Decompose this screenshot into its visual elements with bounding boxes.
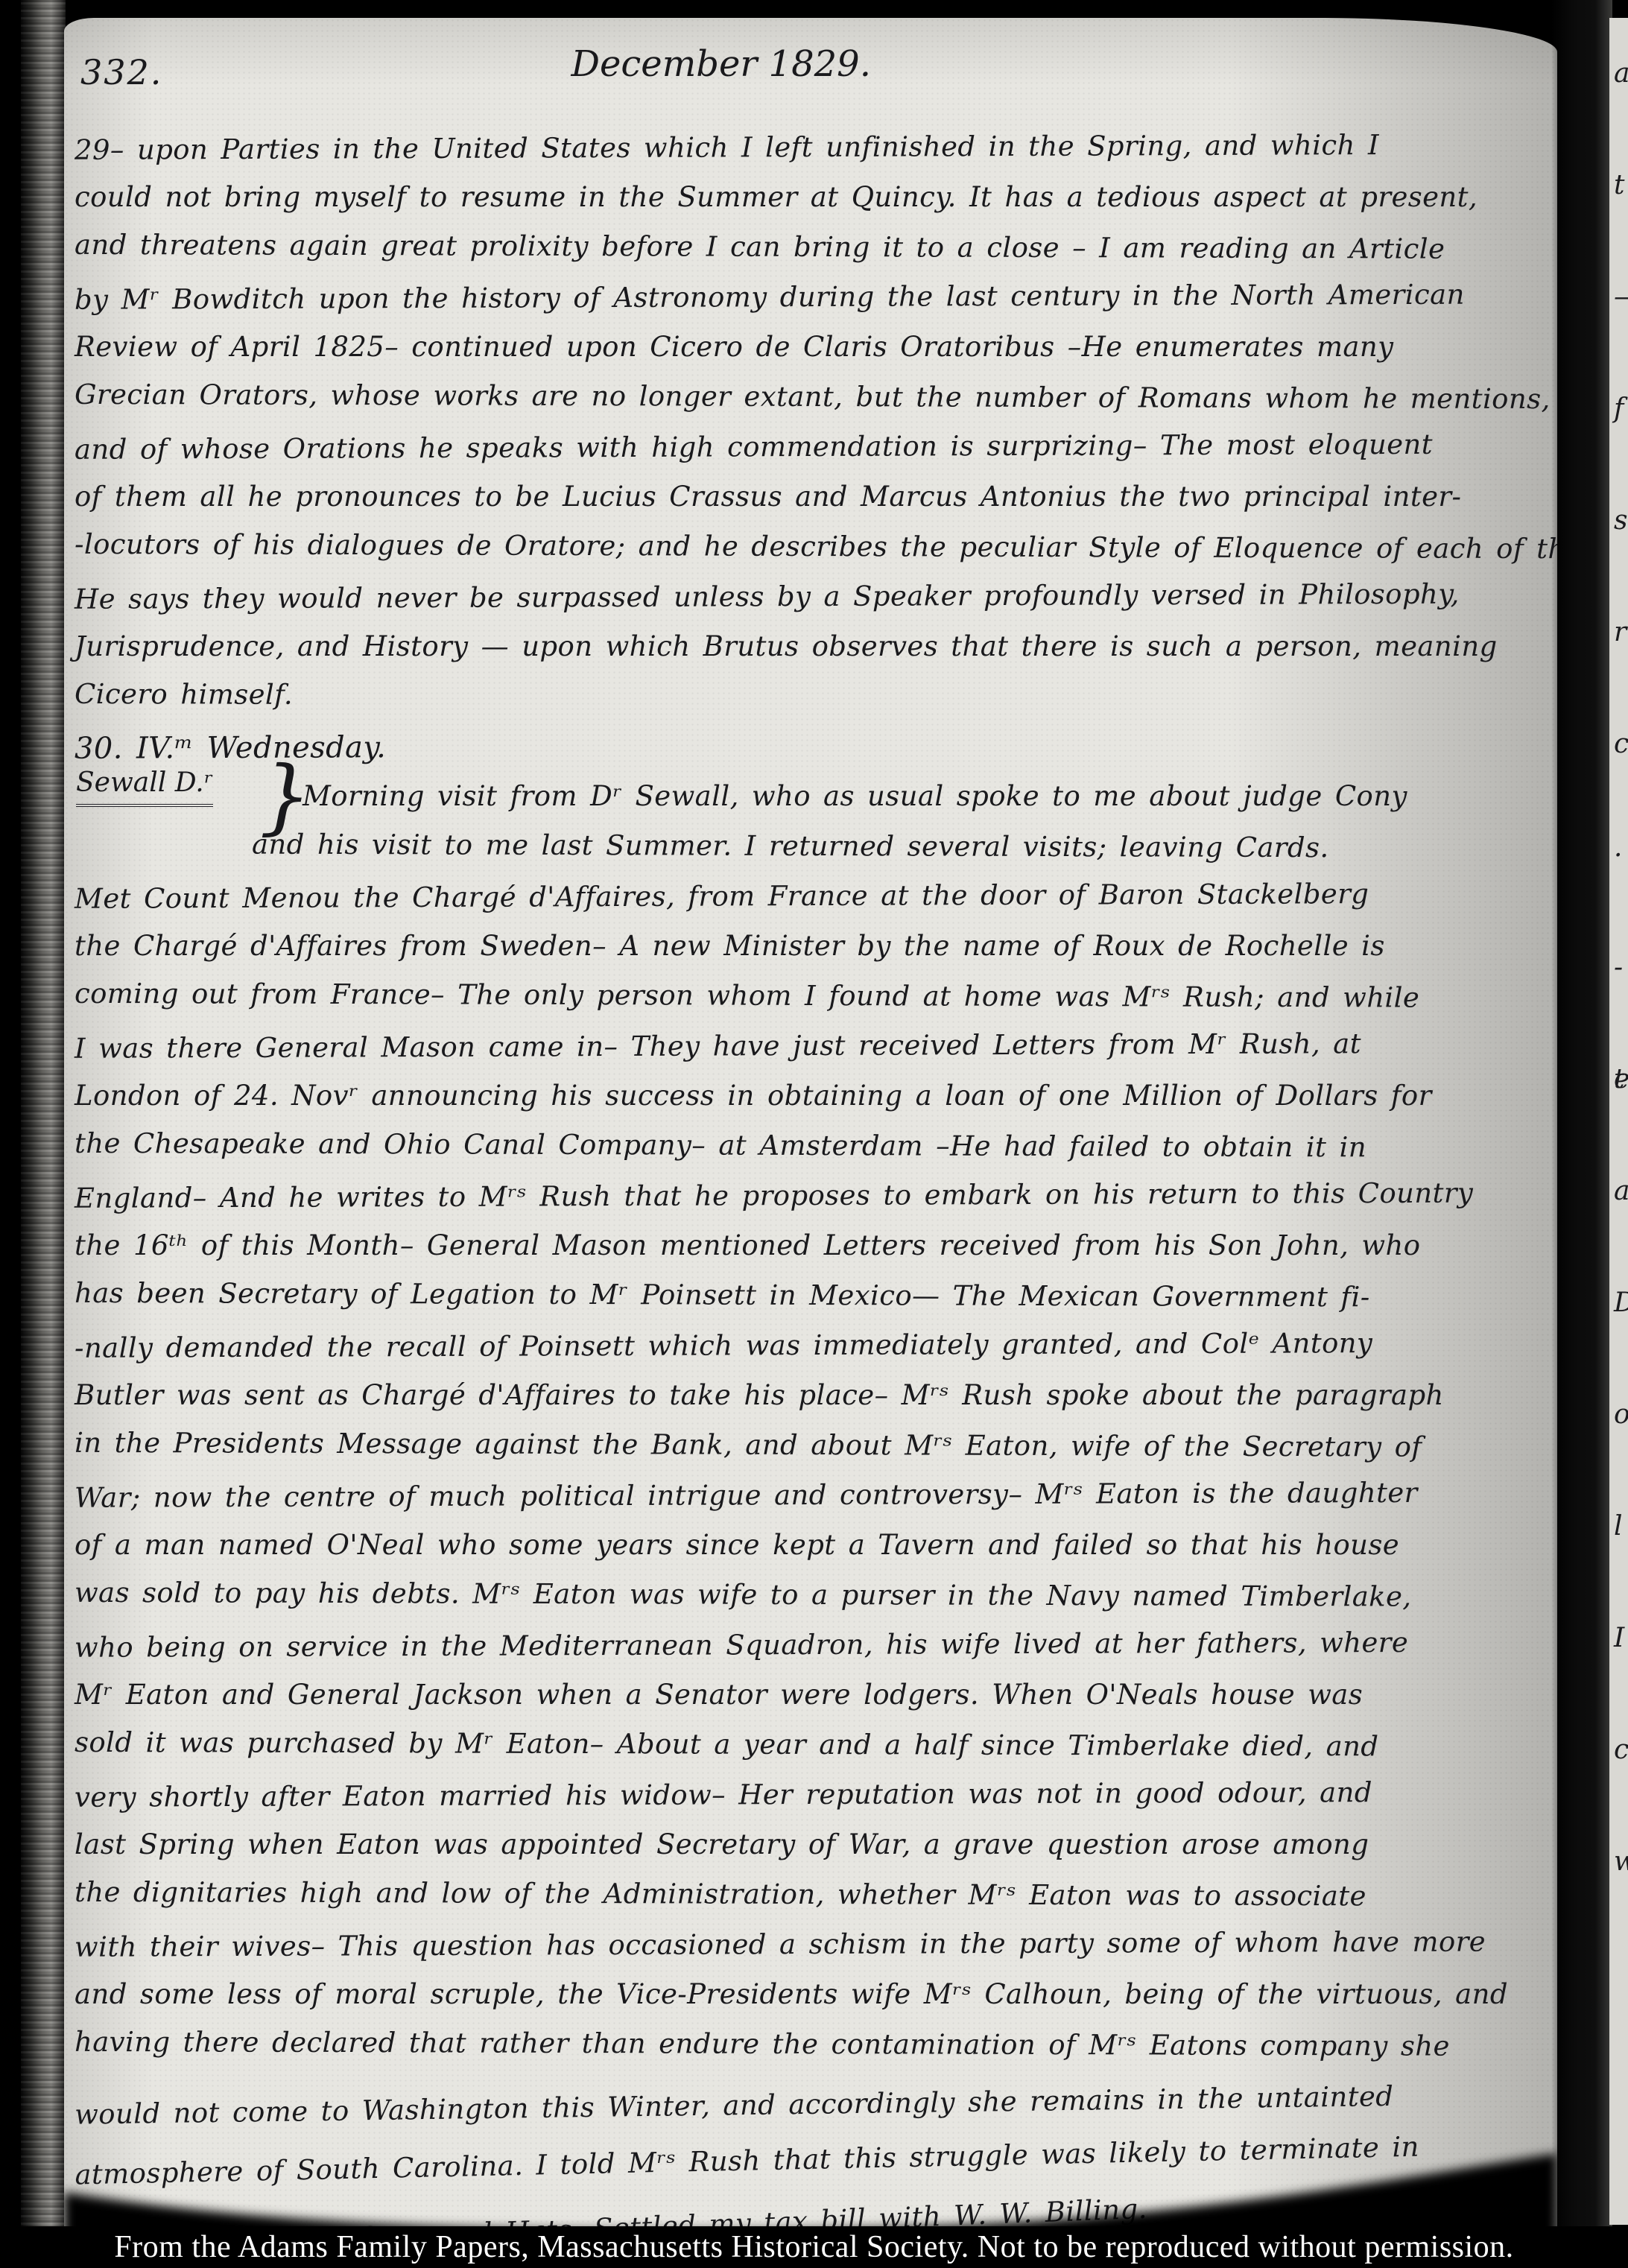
- manuscript-line: -locutors of his dialogues de Oratore; a…: [75, 519, 1550, 574]
- manuscript-line: and of whose Orations he speaks with hig…: [75, 419, 1550, 475]
- manuscript-line: by Mʳ Bowditch upon the history of Astro…: [75, 269, 1550, 325]
- manuscript-page: 332. December 1829. 29– upon Parties in …: [64, 18, 1557, 2243]
- facing-page-text-fragment: I: [1614, 1583, 1628, 1694]
- manuscript-line: sold it was purchased by Mʳ Eaton– About…: [75, 1717, 1550, 1772]
- manuscript-line: last Spring when Eaton was appointed Sec…: [75, 1819, 1550, 1869]
- manuscript-line: Cicero himself.: [75, 669, 1550, 723]
- manuscript-line: has been Secretary of Legation to Mʳ Poi…: [75, 1268, 1550, 1323]
- manuscript-line: Jurisprudence, and History — upon which …: [75, 621, 1550, 671]
- manuscript-line: the dignitaries high and low of the Admi…: [75, 1867, 1550, 1922]
- manuscript-line: coming out from France– The only person …: [75, 969, 1550, 1023]
- manuscript-line: Grecian Orators, whose works are no long…: [75, 370, 1550, 424]
- facing-page-text-fragment: t: [1614, 130, 1628, 241]
- facing-page-text-fragment: ·: [1614, 800, 1628, 912]
- manuscript-scan: 332. December 1829. 29– upon Parties in …: [0, 0, 1628, 2268]
- manuscript-line: was sold to pay his debts. Mʳˢ Eaton was…: [75, 1568, 1550, 1622]
- manuscript-line: England– And he writes to Mʳˢ Rush that …: [75, 1168, 1550, 1223]
- manuscript-line: Mʳ Eaton and General Jackson when a Sena…: [75, 1670, 1550, 1720]
- facing-page-text-fragment: l: [1614, 1471, 1628, 1583]
- page-header-date: December 1829.: [571, 43, 871, 85]
- manuscript-line: and some less of moral scruple, the Vice…: [75, 1969, 1550, 2019]
- manuscript-line: 29– upon Parties in the United States wh…: [75, 119, 1550, 175]
- facing-page-text-fragment: e: [1614, 1024, 1628, 1135]
- page-gutter-shadow: [1551, 0, 1612, 2268]
- manuscript-line: in the Presidents Message against the Ba…: [75, 1418, 1550, 1472]
- manuscript-line: the Chargé d'Affaires from Sweden– A new…: [75, 921, 1550, 971]
- manuscript-line: who being on service in the Mediterranea…: [75, 1617, 1550, 1673]
- facing-page-text-fragment: s: [1614, 465, 1628, 577]
- facing-page-text-fragment: a: [1614, 18, 1628, 130]
- facing-page-text-fragment: a: [1614, 1135, 1628, 1247]
- manuscript-line: and threatens again great prolixity befo…: [75, 220, 1550, 274]
- page-bottom-shadow: [64, 2059, 1557, 2243]
- facing-page-text-fragment: -t: [1614, 912, 1628, 1024]
- manuscript-line: very shortly after Eaton married his wid…: [75, 1767, 1550, 1822]
- facing-page-text-fragment: —: [1614, 241, 1628, 353]
- manuscript-line: Butler was sent as Chargé d'Affaires to …: [75, 1370, 1550, 1420]
- facing-page-text-fragment: o: [1614, 1359, 1628, 1471]
- manuscript-line: -nally demanded the recall of Poinsett w…: [75, 1317, 1550, 1373]
- facing-page-text-fragment: w: [1614, 1806, 1628, 1918]
- facing-page-text-fragment: c: [1614, 1694, 1628, 1806]
- manuscript-line: War; now the centre of much political in…: [75, 1467, 1550, 1523]
- manuscript-line: London of 24. Novʳ announcing his succes…: [75, 1071, 1550, 1121]
- facing-page-sliver: at—fsrc·-teaDolIcw: [1609, 18, 1628, 2225]
- facing-page-text-fragment: r: [1614, 577, 1628, 688]
- facing-page-text-fragment: D: [1614, 1247, 1628, 1359]
- page-number: 332.: [80, 52, 162, 92]
- manuscript-line: with their wives– This question has occa…: [75, 1916, 1550, 1972]
- archive-caption: From the Adams Family Papers, Massachuse…: [114, 2229, 1513, 2265]
- manuscript-line: the Chesapeake and Ohio Canal Company– a…: [75, 1118, 1550, 1173]
- manuscript-line: the 16ᵗʰ of this Month– General Mason me…: [75, 1220, 1550, 1270]
- manuscript-line: Met Count Menou the Chargé d'Affaires, f…: [75, 868, 1550, 924]
- facing-page-text-fragment: c: [1614, 688, 1628, 800]
- facing-page-text-fragment: f: [1614, 353, 1628, 465]
- manuscript-line: of a man named O'Neal who some years sin…: [75, 1520, 1550, 1570]
- margin-note-sewall: Sewall D.ʳ: [76, 767, 213, 807]
- caption-bar: From the Adams Family Papers, Massachuse…: [0, 2226, 1628, 2268]
- manuscript-line: Review of April 1825– continued upon Cic…: [75, 322, 1550, 372]
- manuscript-line: I was there General Mason came in– They …: [75, 1018, 1550, 1074]
- manuscript-line: of them all he pronounces to be Lucius C…: [75, 472, 1550, 522]
- manuscript-line: He says they would never be surpassed un…: [75, 568, 1550, 624]
- manuscript-lines: 29– upon Parties in the United States wh…: [75, 122, 1550, 2219]
- margin-note-brace: }: [259, 748, 311, 843]
- manuscript-line: could not bring myself to resume in the …: [75, 172, 1550, 222]
- book-binding-edge: [21, 0, 66, 2268]
